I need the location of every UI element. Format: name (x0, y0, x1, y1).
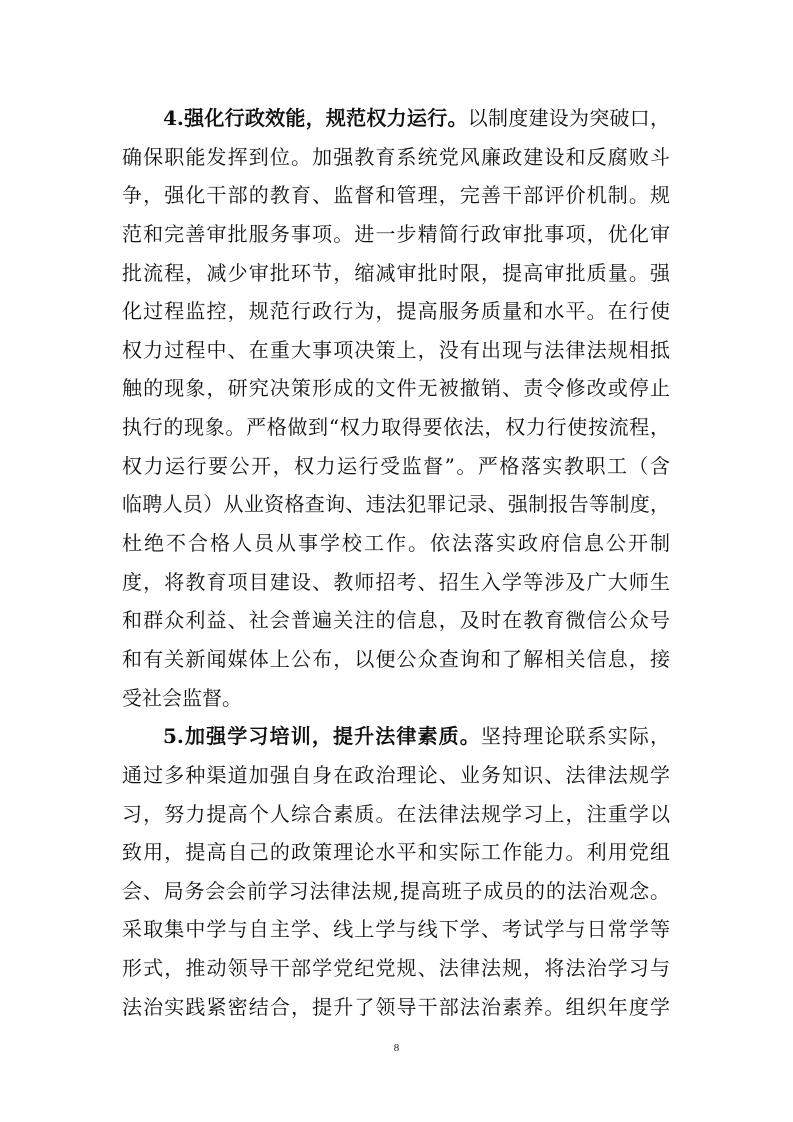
paragraph-line: 形式，推动领导干部学党纪党规、法律法规，将法治学习与 (122, 949, 670, 988)
paragraph-4: 4.强化行政效能，规范权力运行。以制度建设为突破口， 确保职能发挥到位。加强教育… (122, 99, 670, 717)
paragraph-line: 批流程，减少审批环节，缩减审批时限，提高审批质量。强 (122, 254, 670, 293)
paragraph-line: 通过多种渠道加强自身在政治理论、业务知识、法律法规学 (122, 756, 670, 795)
paragraph-line: 4.强化行政效能，规范权力运行。以制度建设为突破口， (122, 99, 670, 138)
paragraph-line: 和群众利益、社会普遍关注的信息，及时在教育微信公众号 (122, 601, 670, 640)
paragraph-line: 争，强化干部的教育、监督和管理，完善干部评价机制。规 (122, 176, 670, 215)
paragraph-line: 法治实践紧密结合，提升了领导干部法治素养。组织年度学 (122, 988, 670, 1027)
section-heading: 4.强化行政效能，规范权力运行。 (163, 106, 468, 130)
paragraph-line: 权力运行要公开，权力运行受监督”。严格落实教职工（含 (122, 447, 670, 486)
paragraph-line: 触的现象，研究决策形成的文件无被撤销、责令修改或停止 (122, 369, 670, 408)
paragraph-text: 坚持理论联系实际， (481, 724, 670, 748)
paragraph-line: 习，努力提高个人综合素质。在法律法规学习上，注重学以 (122, 795, 670, 834)
paragraph-line: 执行的现象。严格做到“权力取得要依法，权力行使按流程， (122, 408, 670, 447)
paragraph-line: 度，将教育项目建设、教师招考、招生入学等涉及广大师生 (122, 563, 670, 602)
paragraph-line: 采取集中学与自主学、线上学与线下学、考试学与日常学等 (122, 910, 670, 949)
paragraph-line: 临聘人员）从业资格查询、违法犯罪记录、强制报告等制度， (122, 485, 670, 524)
paragraph-5: 5.加强学习培训，提升法律素质。坚持理论联系实际， 通过多种渠道加强自身在政治理… (122, 717, 670, 1026)
paragraph-line: 确保职能发挥到位。加强教育系统党风廉政建设和反腐败斗 (122, 138, 670, 177)
paragraph-line: 权力过程中、在重大事项决策上，没有出现与法律法规相抵 (122, 331, 670, 370)
paragraph-line: 范和完善审批服务事项。进一步精简行政审批事项，优化审 (122, 215, 670, 254)
paragraph-line: 致用，提高自己的政策理论水平和实际工作能力。利用党组 (122, 833, 670, 872)
paragraph-line: 和有关新闻媒体上公布，以便公众查询和了解相关信息，接 (122, 640, 670, 679)
document-page: 4.强化行政效能，规范权力运行。以制度建设为突破口， 确保职能发挥到位。加强教育… (0, 0, 793, 1122)
section-heading: 5.加强学习培训，提升法律素质。 (163, 724, 481, 748)
page-number: 8 (0, 1040, 793, 1056)
paragraph-line: 受社会监督。 (122, 679, 670, 718)
paragraph-line: 5.加强学习培训，提升法律素质。坚持理论联系实际， (122, 717, 670, 756)
paragraph-line: 化过程监控，规范行政行为，提高服务质量和水平。在行使 (122, 292, 670, 331)
paragraph-line: 杜绝不合格人员从事学校工作。依法落实政府信息公开制 (122, 524, 670, 563)
body-text: 4.强化行政效能，规范权力运行。以制度建设为突破口， 确保职能发挥到位。加强教育… (122, 99, 670, 1026)
paragraph-text: 以制度建设为突破口， (468, 106, 670, 130)
paragraph-line: 会、局务会会前学习法律法规,提高班子成员的的法治观念。 (122, 872, 670, 911)
